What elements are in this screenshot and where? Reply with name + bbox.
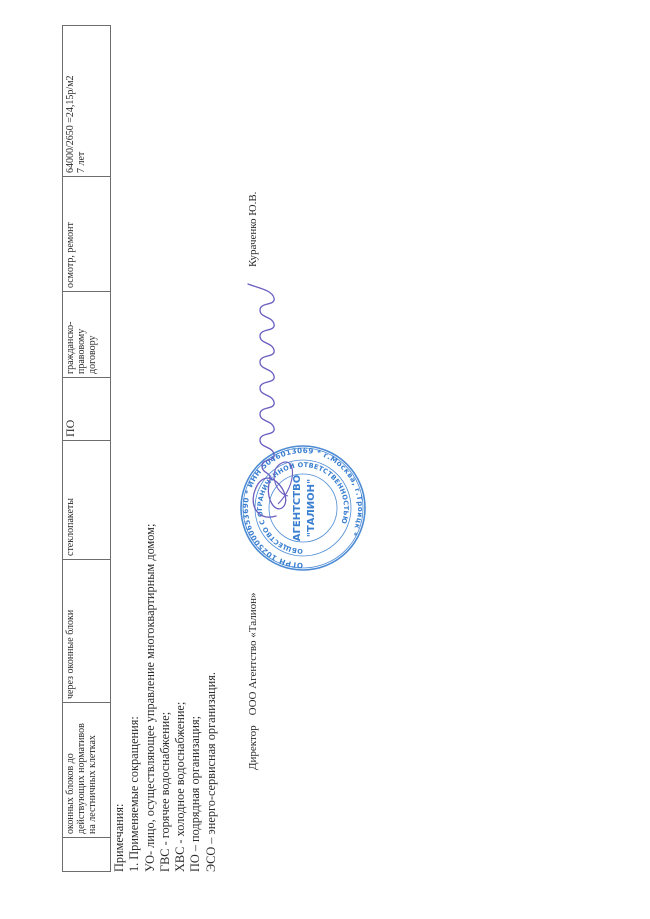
cell-line: оконных блоков до — [65, 706, 76, 834]
notes-item: УО- лицо, осуществляющее управление мног… — [143, 524, 158, 872]
table-cell-service: осмотр, ремонт — [63, 177, 111, 292]
cell-line: на лестничных клетках — [87, 706, 98, 834]
table-cell-cost: 64000/2650 =24,15р/м2 7 лет — [63, 26, 111, 177]
handwritten-signature-icon — [218, 274, 328, 524]
document-page: оконных блоков до действующих нормативов… — [0, 0, 650, 919]
cell-line: договору — [87, 295, 98, 374]
notes-item: ЭСО – энерго-сервисная организация. — [204, 524, 219, 872]
cell-line: правовому — [76, 295, 87, 374]
table-cell-executor: ПО — [63, 378, 111, 441]
notes-item: 1. Применяемые сокращения: — [127, 524, 142, 872]
notes-item: ХВС - холодное водоснабжение; — [173, 524, 188, 872]
table-cell-work-description: оконных блоков до действующих нормативов… — [63, 703, 111, 838]
cell-line: 64000/2650 =24,15р/м2 — [65, 29, 76, 173]
notes-section: Примечания: 1. Применяемые сокращения: У… — [112, 524, 219, 872]
table-cell-material: стеклопакеты — [63, 441, 111, 560]
notes-item: ПО – подрядная организация; — [188, 524, 203, 872]
works-table: оконных блоков до действующих нормативов… — [62, 25, 111, 872]
cell-line: гражданско- — [65, 295, 76, 374]
organization-name: ООО Агентство «Талион» — [247, 593, 259, 716]
table-cell-method: через оконные блоки — [63, 560, 111, 703]
table-row: оконных блоков до действующих нормативов… — [63, 26, 111, 872]
notes-item: ГВС - горячее водоснабжение; — [158, 524, 173, 872]
signer-name: Кураченко Ю.В. — [247, 192, 259, 267]
cell-line: действующих нормативов — [76, 706, 87, 834]
table-cell-contract-basis: гражданско- правовому договору — [63, 292, 111, 378]
director-line: ДиректорООО Агентство «Талион» — [247, 593, 259, 771]
cell-line: 7 лет — [76, 29, 87, 173]
table-cell-number — [63, 838, 111, 872]
signer-position: Директор — [247, 725, 259, 770]
notes-heading: Примечания: — [112, 524, 127, 872]
